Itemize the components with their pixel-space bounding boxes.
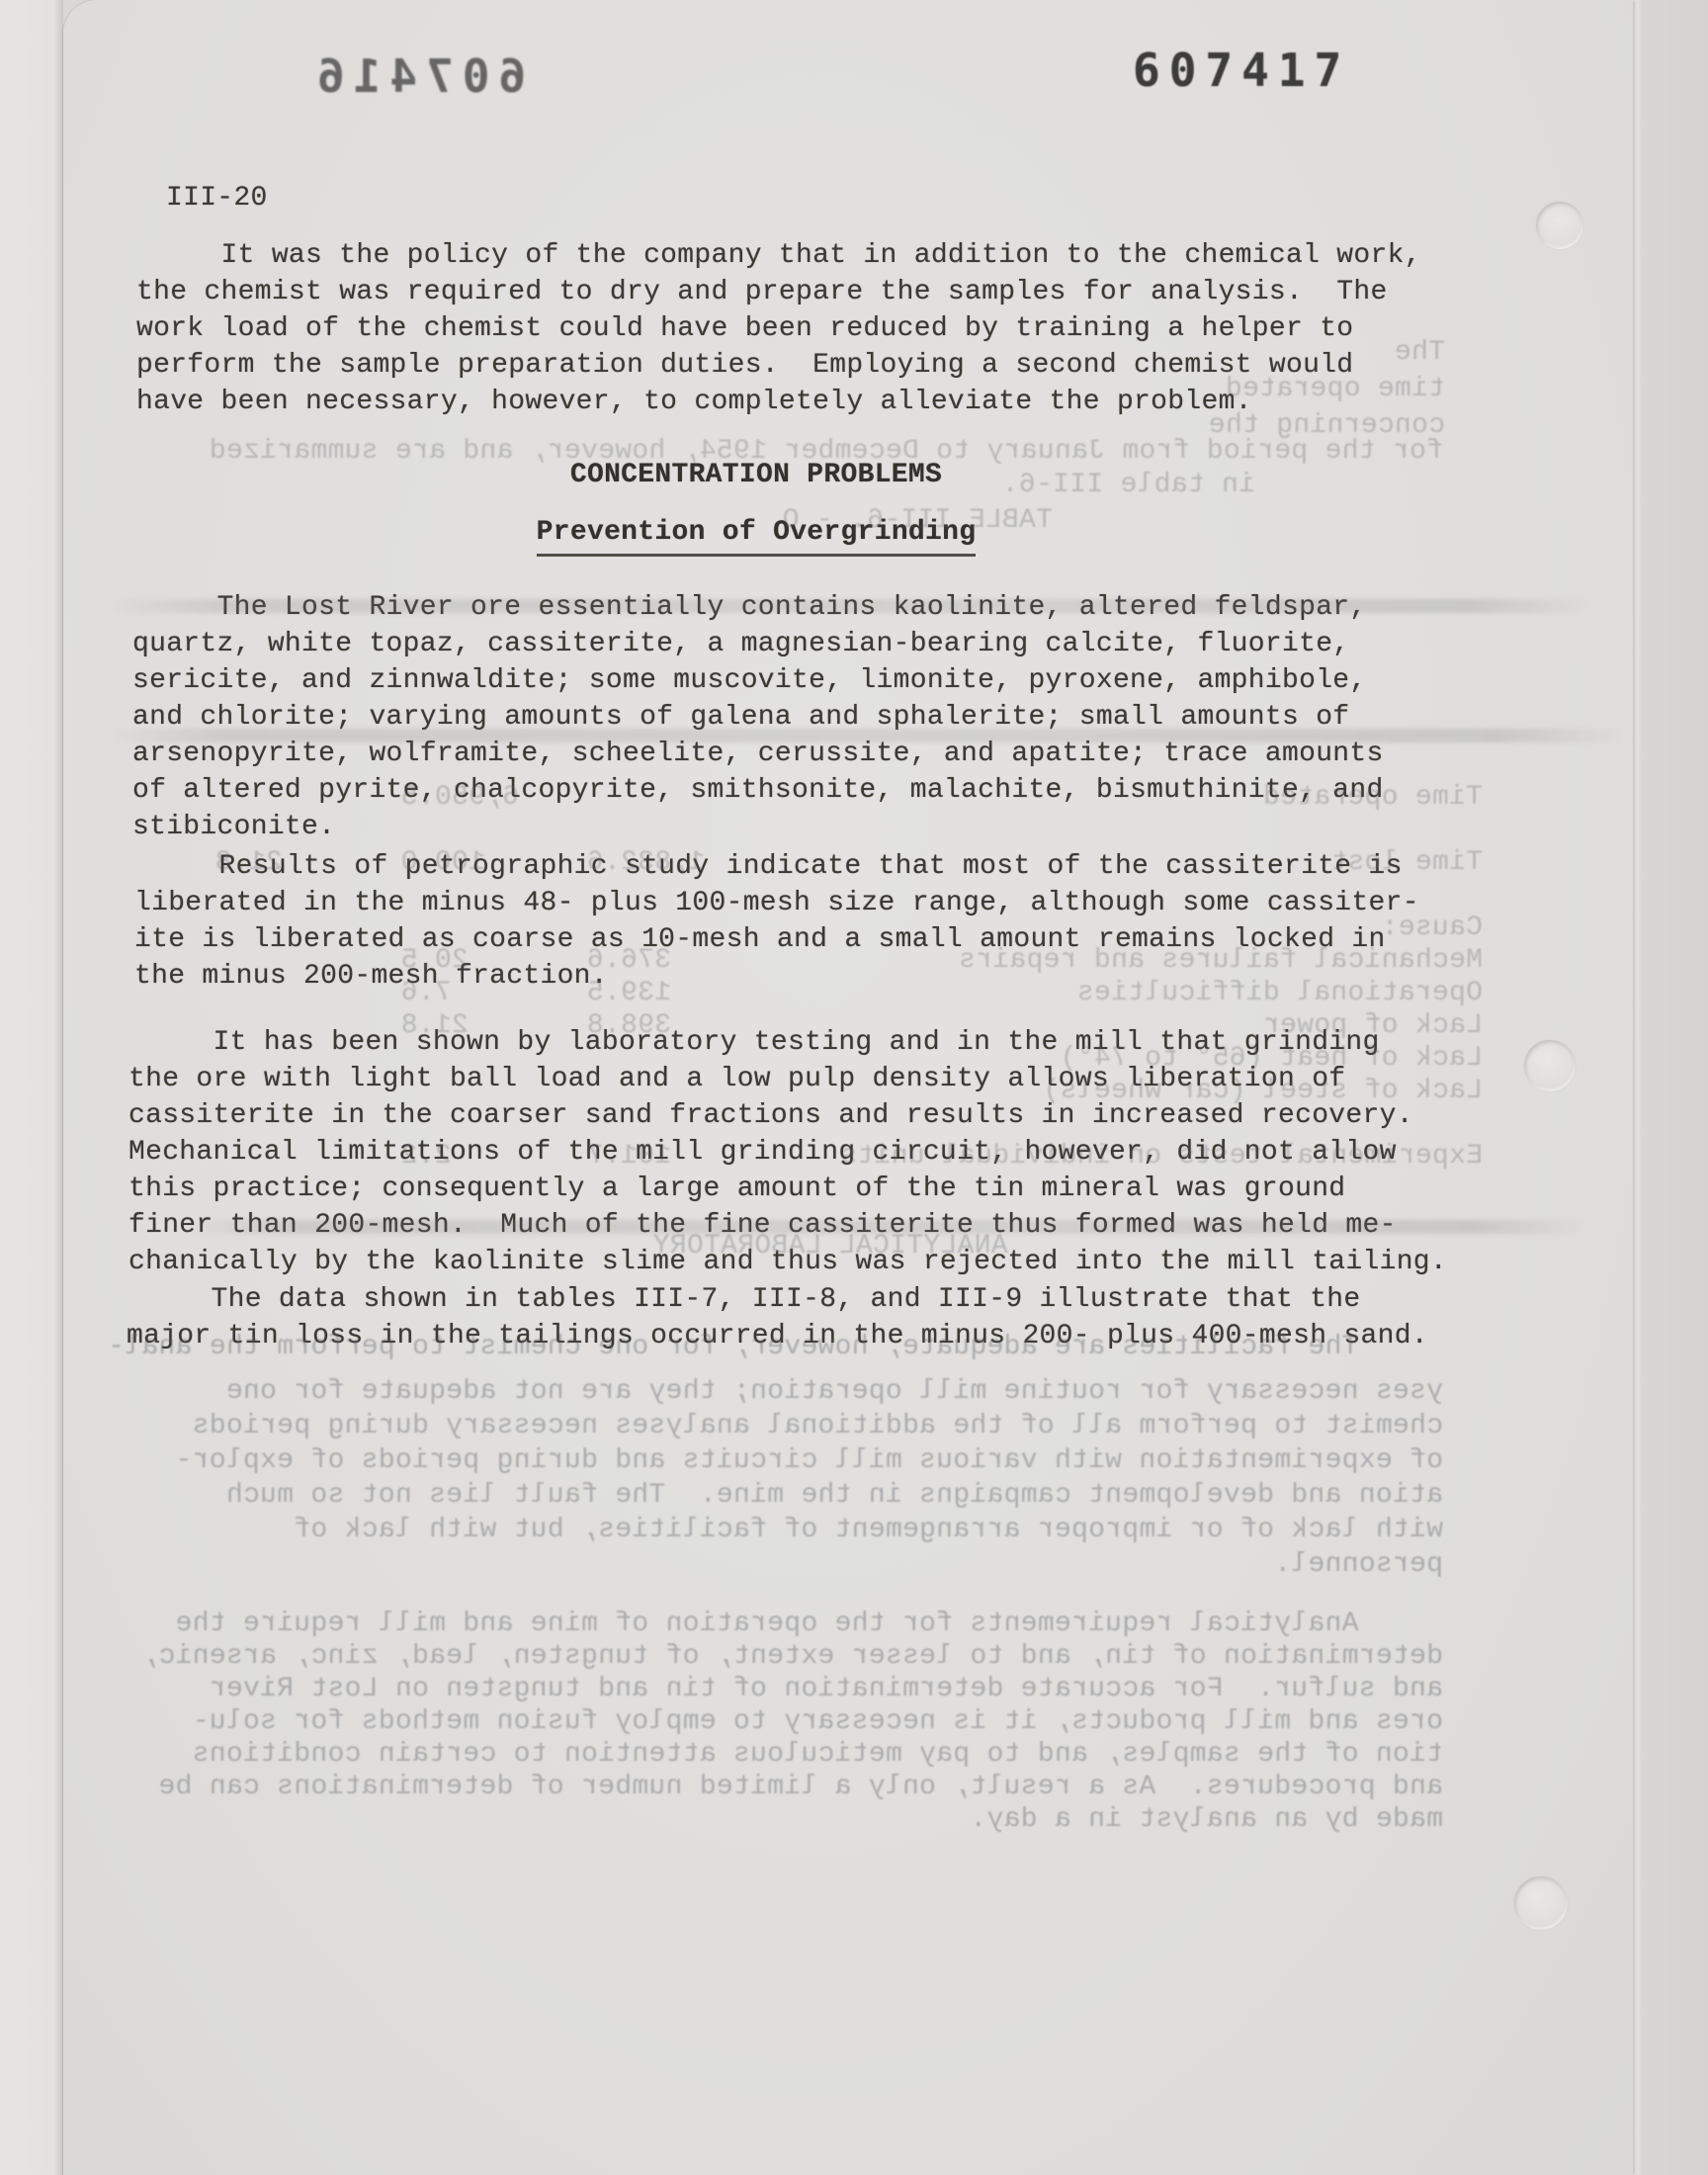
scan-background-left	[0, 0, 63, 2175]
bleedthrough-upper-fragments: The time operated concerning the	[939, 334, 1445, 444]
scan-smear	[182, 1220, 1585, 1234]
bleedthrough-summary-line: for the period from January to December …	[198, 433, 1443, 470]
punch-hole-bottom	[1514, 1876, 1568, 1930]
bleedthrough-stamp-number: 607416	[308, 49, 526, 103]
scanned-document-page: 607416 607417 III-20 It was the policy o…	[0, 0, 1708, 2175]
bleedthrough-paragraph-analytical: Analytical requirements for the operatio…	[198, 1608, 1443, 1836]
paper-sheet: 607416 607417 III-20 It was the policy o…	[63, 0, 1633, 2175]
bleedthrough-facilities-line: The facilities are adequate, however, fo…	[198, 1329, 1443, 1365]
scan-smear	[109, 599, 1591, 613]
bleedthrough-table-rows: Time operated 6,950.5 Time lost 1,832.6 …	[168, 781, 1483, 1173]
bleedthrough-table-reference: in table III-6.	[880, 467, 1255, 503]
punch-hole-top	[1536, 202, 1583, 249]
underlying-page-edge	[1633, 0, 1708, 2175]
page-number: III-20	[166, 180, 268, 217]
punch-hole-middle	[1524, 1040, 1576, 1091]
bleedthrough-table-title: TABLE III-6. - O	[692, 502, 1053, 539]
stamp-number: 607417	[1133, 43, 1350, 97]
bleedthrough-paragraph-facilities: yses necessary for routine mill operatio…	[198, 1374, 1443, 1582]
scan-smear	[109, 729, 1621, 742]
